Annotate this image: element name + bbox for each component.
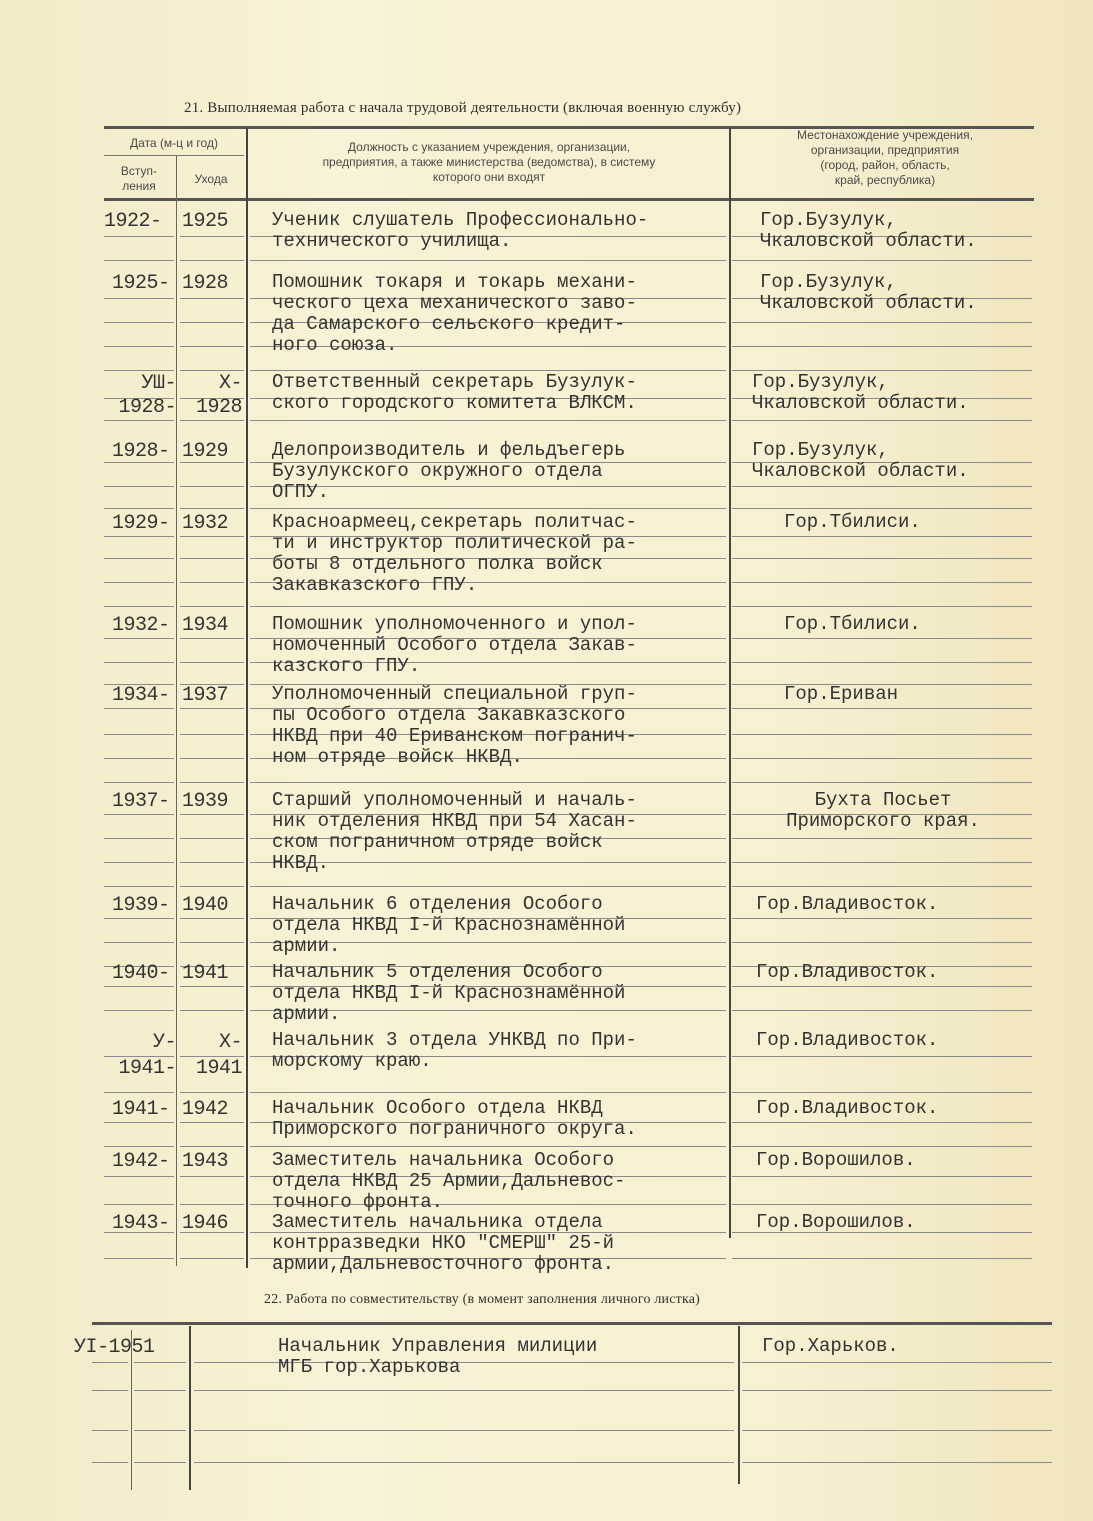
ruled-line bbox=[104, 1146, 174, 1147]
ruled-line bbox=[250, 886, 726, 887]
end-date: X- 1941 bbox=[184, 1030, 242, 1082]
ruled-line bbox=[104, 298, 174, 299]
position-text: Ученик слушатель Профессионально- технич… bbox=[272, 210, 742, 252]
ruled-line bbox=[104, 986, 174, 987]
location-text: Бухта Посьет Приморского края. bbox=[758, 790, 1008, 832]
column-divider-date-position bbox=[246, 128, 248, 1268]
ruled-line bbox=[180, 814, 244, 815]
start-date: 1929- bbox=[112, 512, 170, 535]
ruled-line bbox=[180, 346, 244, 347]
end-date: 1928 bbox=[182, 272, 228, 295]
ruled-line bbox=[732, 758, 1032, 759]
ruled-line bbox=[104, 1176, 174, 1177]
ruled-line bbox=[104, 734, 174, 735]
start-date: 1937- bbox=[112, 790, 170, 813]
end-date: 1932 bbox=[182, 512, 228, 535]
ruled-line bbox=[134, 1390, 186, 1391]
ruled-line bbox=[92, 1390, 128, 1391]
end-date: X- 1928 bbox=[184, 372, 242, 420]
ruled-line bbox=[104, 260, 174, 261]
ruled-line bbox=[250, 1146, 726, 1147]
ruled-line bbox=[180, 1258, 244, 1259]
position-text: Начальник Особого отдела НКВД Приморског… bbox=[272, 1098, 742, 1140]
ruled-line bbox=[250, 782, 726, 783]
start-date: 1942- bbox=[112, 1150, 170, 1173]
start-date: 1934- bbox=[112, 684, 170, 707]
end-date: 1941 bbox=[182, 962, 228, 985]
ruled-line bbox=[104, 758, 174, 759]
header-bottom-rule bbox=[104, 198, 1034, 201]
ruled-line bbox=[194, 1462, 734, 1463]
ruled-line bbox=[742, 1462, 1052, 1463]
ruled-line bbox=[732, 886, 1032, 887]
ruled-line bbox=[732, 1176, 1032, 1177]
start-date: 1922- bbox=[104, 210, 162, 233]
end-date: 1942 bbox=[182, 1098, 228, 1121]
ruled-line bbox=[732, 606, 1032, 607]
ruled-line bbox=[104, 862, 174, 863]
start-date: У- 1941- bbox=[112, 1030, 176, 1082]
end-date: 1929 bbox=[182, 440, 228, 463]
ruled-line bbox=[104, 918, 174, 919]
location-text: Гор.Бузулук, Чкаловской области. bbox=[752, 372, 1052, 414]
position-text: Начальник Управления милиции МГБ гор.Хар… bbox=[278, 1336, 748, 1378]
ruled-line bbox=[104, 886, 174, 887]
ruled-line bbox=[180, 298, 244, 299]
start-date: 1925- bbox=[112, 272, 170, 295]
ruled-line bbox=[732, 862, 1032, 863]
ruled-line bbox=[180, 236, 244, 237]
location-text: Гор.Владивосток. bbox=[756, 962, 1056, 983]
position-text: Заместитель начальника Особого отдела НК… bbox=[272, 1150, 742, 1213]
ruled-line bbox=[104, 638, 174, 639]
ruled-line bbox=[180, 758, 244, 759]
location-text: Гор.Бузулук, Чкаловской области. bbox=[760, 272, 1060, 314]
ruled-line bbox=[732, 1092, 1032, 1093]
ruled-line bbox=[250, 1092, 726, 1093]
ruled-line bbox=[104, 1122, 174, 1123]
ruled-line bbox=[250, 260, 726, 261]
end-date: 1940 bbox=[182, 894, 228, 917]
location-text: Гор.Ериван bbox=[784, 684, 1084, 705]
position-text: Старший уполномоченный и началь- ник отд… bbox=[272, 790, 742, 874]
ruled-line bbox=[104, 814, 174, 815]
section-22-top-rule bbox=[92, 1322, 1052, 1325]
position-text: Красноармеец,секретарь политчас- ти и ин… bbox=[272, 512, 742, 596]
location-text: Гор.Ворошилов. bbox=[756, 1212, 1056, 1233]
position-text: Делопроизводитель и фельдъегерь Бузулукс… bbox=[272, 440, 742, 503]
ruled-line bbox=[180, 606, 244, 607]
location-text: Гор.Владивосток. bbox=[756, 894, 1056, 915]
ruled-line bbox=[104, 236, 174, 237]
ruled-line bbox=[732, 346, 1032, 347]
position-text: Заместитель начальника отдела контрразве… bbox=[272, 1212, 742, 1275]
ruled-line bbox=[104, 370, 174, 371]
ruled-line bbox=[104, 420, 174, 421]
ruled-line bbox=[732, 558, 1032, 559]
position-text: Начальник 6 отделения Особого отдела НКВ… bbox=[272, 894, 742, 957]
document-page: 21. Выполняемая работа с начала трудовой… bbox=[0, 0, 1093, 1521]
ruled-line bbox=[732, 1146, 1032, 1147]
ruled-line bbox=[732, 942, 1032, 943]
s22-column-divider-date-position bbox=[189, 1326, 191, 1490]
ruled-line bbox=[104, 558, 174, 559]
start-date: 1940- bbox=[112, 962, 170, 985]
ruled-line bbox=[134, 1430, 186, 1431]
header-location: Местонахождение учреждения, организации,… bbox=[740, 128, 1030, 188]
ruled-line bbox=[742, 1362, 1052, 1363]
section-22-title: 22. Работа по совместительству (в момент… bbox=[264, 1292, 700, 1308]
location-text: Гор.Владивосток. bbox=[756, 1098, 1056, 1119]
start-date: УШ- 1928- bbox=[112, 372, 176, 420]
ruled-line bbox=[732, 260, 1032, 261]
end-date: 1934 bbox=[182, 614, 228, 637]
ruled-line bbox=[104, 782, 174, 783]
ruled-line bbox=[180, 918, 244, 919]
location-text: Гор.Бузулук, Чкаловской области. bbox=[752, 440, 1052, 482]
ruled-line bbox=[250, 508, 726, 509]
ruled-line bbox=[180, 322, 244, 323]
end-date: 1943 bbox=[182, 1150, 228, 1173]
ruled-line bbox=[180, 782, 244, 783]
ruled-line bbox=[180, 886, 244, 887]
ruled-line bbox=[104, 346, 174, 347]
ruled-line bbox=[732, 1010, 1032, 1011]
position-text: Помошник уполномоченного и упол- номочен… bbox=[272, 614, 742, 677]
ruled-line bbox=[134, 1362, 186, 1363]
end-date: 1925 bbox=[182, 210, 228, 233]
ruled-line bbox=[180, 370, 244, 371]
ruled-line bbox=[104, 536, 174, 537]
ruled-line bbox=[732, 662, 1032, 663]
ruled-line bbox=[180, 986, 244, 987]
ruled-line bbox=[180, 1204, 244, 1205]
ruled-line bbox=[732, 782, 1032, 783]
ruled-line bbox=[134, 1462, 186, 1463]
ruled-line bbox=[732, 486, 1032, 487]
ruled-line bbox=[180, 536, 244, 537]
ruled-line bbox=[104, 486, 174, 487]
ruled-line bbox=[104, 1204, 174, 1205]
ruled-line bbox=[104, 508, 174, 509]
ruled-line bbox=[732, 420, 1032, 421]
ruled-line bbox=[180, 486, 244, 487]
position-text: Уполномоченный специальной груп- пы Особ… bbox=[272, 684, 742, 768]
ruled-line bbox=[104, 942, 174, 943]
ruled-line bbox=[180, 508, 244, 509]
ruled-line bbox=[250, 606, 726, 607]
ruled-line bbox=[732, 734, 1032, 735]
ruled-line bbox=[180, 942, 244, 943]
start-date: 1941- bbox=[112, 1098, 170, 1121]
ruled-line bbox=[104, 1010, 174, 1011]
ruled-line bbox=[104, 1258, 174, 1259]
ruled-line bbox=[732, 1122, 1032, 1123]
ruled-line bbox=[732, 1204, 1032, 1205]
end-date: 1937 bbox=[182, 684, 228, 707]
column-divider-start-end bbox=[176, 156, 177, 1266]
end-date: 1946 bbox=[182, 1212, 228, 1235]
ruled-line bbox=[104, 1092, 174, 1093]
ruled-line bbox=[732, 1056, 1032, 1057]
ruled-line bbox=[180, 638, 244, 639]
ruled-line bbox=[180, 1122, 244, 1123]
ruled-line bbox=[180, 734, 244, 735]
header-date-divider bbox=[104, 155, 244, 156]
ruled-line bbox=[732, 582, 1032, 583]
start-date: 1939- bbox=[112, 894, 170, 917]
location-text: Гор.Бузулук, Чкаловской области. bbox=[760, 210, 1060, 252]
ruled-line bbox=[180, 1146, 244, 1147]
header-start: Вступ- ления bbox=[104, 164, 174, 194]
ruled-line bbox=[732, 536, 1032, 537]
location-text: Гор.Ворошилов. bbox=[756, 1150, 1056, 1171]
ruled-line bbox=[250, 420, 726, 421]
ruled-line bbox=[180, 1092, 244, 1093]
ruled-line bbox=[180, 1176, 244, 1177]
ruled-line bbox=[104, 322, 174, 323]
ruled-line bbox=[104, 708, 174, 709]
header-position: Должность с указанием учреждения, органи… bbox=[254, 140, 724, 185]
ruled-line bbox=[104, 582, 174, 583]
ruled-line bbox=[180, 1010, 244, 1011]
ruled-line bbox=[180, 862, 244, 863]
end-date: 1939 bbox=[182, 790, 228, 813]
position-text: Начальник 5 отделения Особого отдела НКВ… bbox=[272, 962, 742, 1025]
start-date: 1943- bbox=[112, 1212, 170, 1235]
ruled-line bbox=[180, 420, 244, 421]
ruled-line bbox=[742, 1390, 1052, 1391]
ruled-line bbox=[732, 838, 1032, 839]
ruled-line bbox=[92, 1362, 128, 1363]
ruled-line bbox=[732, 986, 1032, 987]
ruled-line bbox=[194, 1390, 734, 1391]
header-end: Ухода bbox=[178, 172, 244, 187]
ruled-line bbox=[104, 606, 174, 607]
location-text: Гор.Владивосток. bbox=[756, 1030, 1056, 1051]
start-date: 1928- bbox=[112, 440, 170, 463]
location-text: Гор.Тбилиси. bbox=[784, 614, 1084, 635]
ruled-line bbox=[194, 1430, 734, 1431]
ruled-line bbox=[732, 918, 1032, 919]
ruled-line bbox=[732, 1258, 1032, 1259]
ruled-line bbox=[732, 322, 1032, 323]
header-date-group: Дата (м-ц и год) bbox=[104, 136, 244, 151]
start-date: 1932- bbox=[112, 614, 170, 637]
location-text: Гор.Тбилиси. bbox=[784, 512, 1084, 533]
ruled-line bbox=[92, 1462, 128, 1463]
ruled-line bbox=[180, 558, 244, 559]
ruled-line bbox=[742, 1430, 1052, 1431]
ruled-line bbox=[92, 1430, 128, 1431]
ruled-line bbox=[180, 260, 244, 261]
location-text: Гор.Харьков. bbox=[762, 1336, 1062, 1357]
ruled-line bbox=[104, 662, 174, 663]
ruled-line bbox=[180, 662, 244, 663]
ruled-line bbox=[180, 838, 244, 839]
section-21-title: 21. Выполняемая работа с начала трудовой… bbox=[184, 100, 741, 117]
ruled-line bbox=[104, 838, 174, 839]
ruled-line bbox=[732, 508, 1032, 509]
ruled-line bbox=[180, 582, 244, 583]
ruled-line bbox=[180, 708, 244, 709]
ruled-line bbox=[732, 638, 1032, 639]
ruled-line bbox=[732, 708, 1032, 709]
position-text: Начальник 3 отдела УНКВД по При- морском… bbox=[272, 1030, 742, 1072]
start-date: УI-1951 bbox=[74, 1336, 155, 1359]
position-text: Ответственный секретарь Бузулук- ского г… bbox=[272, 372, 742, 414]
position-text: Помошник токаря и токарь механи- ческого… bbox=[272, 272, 742, 356]
